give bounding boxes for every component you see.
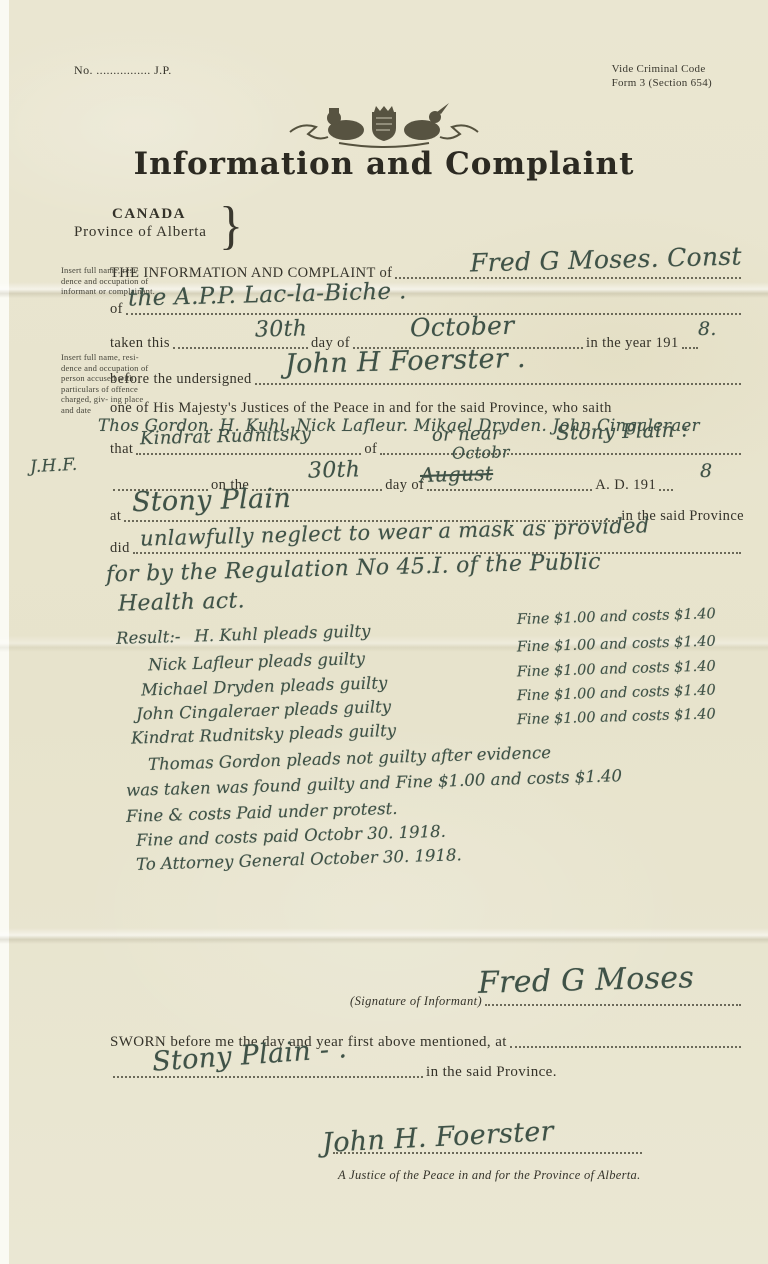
dotted-leader [659,485,673,491]
document-title: Information and Complaint [0,146,768,182]
hand-offence-place: Stony Plain [132,483,292,518]
document-page: No. ................ J.P. Vide Criminal … [0,0,768,1264]
justice-caption: A Justice of the Peace in and for the Pr… [338,1168,641,1183]
dotted-leader [510,1042,741,1048]
hand-offence-day: 30th [308,457,361,483]
dotted-leader [255,379,741,385]
hand-day-taken: 30th [255,316,308,342]
hand-year-taken: 8. [698,318,717,340]
hand-month-correction: Octobr [452,442,510,463]
hand-month-taken: October [410,311,515,343]
form-reference-line2: Form 3 (Section 654) [612,76,712,90]
hand-accused-place: Stony Plain : [556,417,689,444]
fine-amount: Fine $1.00 and costs $1.40 [517,606,716,631]
dotted-leader [682,343,698,349]
form-reference-line1: Vide Criminal Code [612,62,712,76]
hand-justice-name: John H Foerster . [285,343,527,380]
result-label: Result:- [116,627,181,648]
hand-offence-year: 8 [700,460,712,482]
fold-crease [0,928,768,944]
royal-coat-of-arms-icon [284,96,484,152]
hand-month-struck: August [420,461,494,487]
dotted-leader [136,449,361,455]
margin-initials: J.H.F. [30,455,78,477]
hand-offence-line3: Health act. [118,588,246,616]
province-label: Province of Alberta [74,224,207,241]
form-number-line: No. ................ J.P. [74,63,172,78]
country-label: CANADA [112,206,186,223]
dotted-leader [485,1000,741,1006]
hand-accused-principal: Kindrat Rudnitsky [140,424,312,449]
form-number-label: No. ................ J.P. [74,63,172,78]
form-reference: Vide Criminal Code Form 3 (Section 654) [612,62,712,90]
scan-edge [0,0,9,1264]
brace-glyph: } [219,195,243,256]
line-justices-saith: one of His Majesty's Justices of the Pea… [110,400,612,417]
dotted-leader [380,449,741,455]
hand-informant-signature: Fred G Moses [478,960,695,1001]
